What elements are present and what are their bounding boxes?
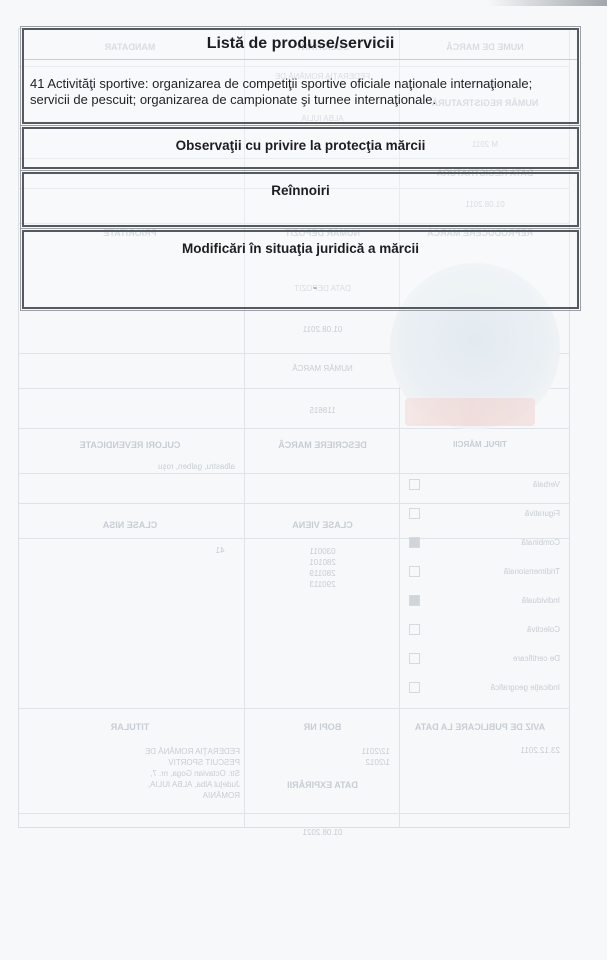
products-services-line-2: servicii de pescuit; organizarea de camp… [30, 92, 571, 108]
ghost-bopi: BOPI NR [250, 722, 395, 732]
ghost-descriere: DESCRIERE MARCĂ [250, 440, 395, 450]
ghost-clase-viena-values: 030011 280101 280119 290113 [250, 546, 395, 590]
section-protection-observations: Observaţii cu privire la protecţia mărci… [22, 127, 579, 169]
ghost-avize: AVIZ DE PUBLICARE LA DATA [405, 722, 555, 732]
ghost-mark-type-checkbox [409, 653, 420, 664]
renewals-title: Reînnoiri [24, 174, 577, 198]
ghost-clase-viena: CLASE VIENA [250, 520, 395, 530]
ghost-data-depozit-value: 01.08.2011 [250, 325, 395, 334]
section-legal-changes: Modificări în situaţia juridică a mărcii… [22, 230, 579, 309]
scan-shadow [487, 0, 607, 6]
ghost-data-expirarii: DATA EXPIRĂRII [250, 780, 395, 790]
ghost-aviz-data: 23.12.2011 [500, 746, 560, 755]
ghost-mark-type-label: Indicaţie geografică [491, 683, 560, 692]
trademark-record-form: Listă de produse/servicii 41 Activităţi … [22, 28, 579, 312]
ghost-numar-marca: NUMĂR MARCĂ [250, 364, 395, 373]
ghost-clase-nisa-value: 41 [205, 546, 235, 555]
ghost-culori: CULORI REVENDICATE [25, 440, 235, 450]
ghost-clase-nisa: CLASE NISA [25, 520, 235, 530]
products-services-text: 41 Activităţi sportive: organizarea de c… [24, 60, 577, 108]
ghost-mark-type-checkbox [409, 479, 420, 490]
ghost-mark-type-checkbox [409, 682, 420, 693]
ghost-titular-values: FEDERAŢIA ROMÂNĂ DE PESCUIT SPORTIV Str.… [120, 746, 240, 801]
ghost-mark-type-label: Individuală [522, 596, 560, 605]
legal-changes-title: Modificări în situaţia juridică a mărcii [24, 232, 577, 256]
ghost-mark-type-checkbox [409, 595, 420, 606]
ghost-numar-marca-value: 118615 [250, 406, 395, 415]
ghost-mark-type-checkbox [409, 508, 420, 519]
products-services-line-1: 41 Activităţi sportive: organizarea de c… [30, 76, 571, 92]
ghost-bopi-values: 12/2011 1/2012 [330, 746, 390, 768]
ghost-tipul-marca: TIPUL MĂRCII [405, 440, 555, 449]
section-renewals: Reînnoiri [22, 172, 579, 227]
ghost-mark-type-label: Tridimensională [504, 567, 560, 576]
ghost-data-expirarii-value: 01.08.2021 [250, 828, 395, 837]
ghost-mark-type-checkbox [409, 624, 420, 635]
ghost-mark-type-label: Figurativă [525, 509, 560, 518]
protection-observations-title: Observaţii cu privire la protecţia mărci… [24, 129, 577, 153]
ghost-culori-value: albastru, galben, roşu [25, 462, 235, 471]
legal-changes-value: - [313, 280, 317, 294]
ghost-mark-type-label: Colectivă [527, 625, 560, 634]
ghost-emblem-ribbon [405, 398, 535, 426]
ghost-mark-type-checkbox [409, 537, 420, 548]
section-products-services: Listă de produse/servicii 41 Activităţi … [22, 28, 579, 124]
products-services-title: Listă de produse/servicii [24, 30, 577, 53]
ghost-mark-type-label: De certificare [513, 654, 560, 663]
ghost-mark-type-label: Combinată [521, 538, 560, 547]
ghost-mark-type-label: Verbală [533, 480, 560, 489]
ghost-mark-type-checkbox [409, 566, 420, 577]
ghost-titular: TITULAR [25, 722, 235, 732]
